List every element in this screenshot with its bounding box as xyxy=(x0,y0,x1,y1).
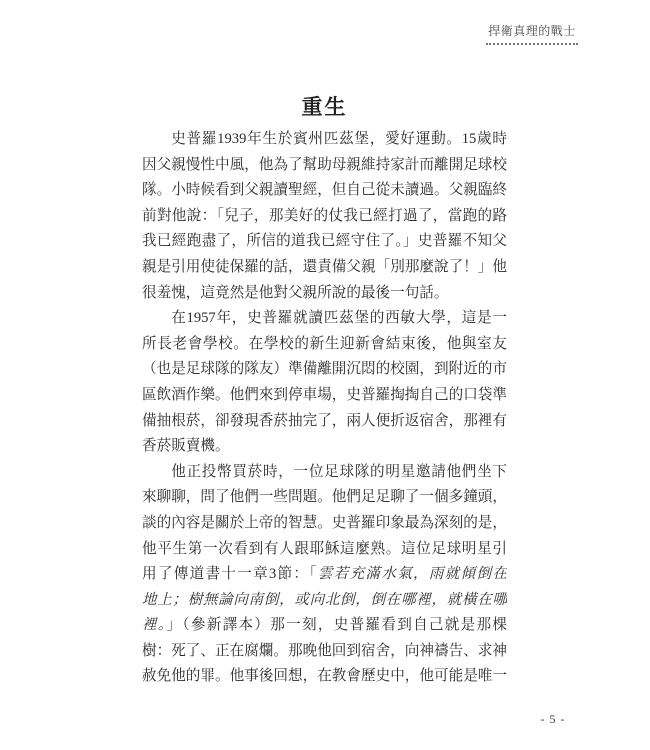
text-line: 親是引用使徒保羅的話，還責備父親「別那麼說了！」他 xyxy=(142,255,507,281)
text-line: 樹：死了、正在腐爛。那晚他回到宿舍，向神禱告、求神 xyxy=(142,639,507,665)
text-segment: 他平生第一次看到有人跟耶穌這麼熟。這位足球明星引 xyxy=(142,541,507,557)
scripture-quote-segment: 地上；樹無論向南倒，或向北倒，倒在哪裡，就橫在哪 xyxy=(142,592,507,608)
text-line: 區飲酒作樂。他們來到停車場，史普羅掏掏自己的口袋準 xyxy=(142,383,507,409)
text-segment: 很羞愧，這竟然是他對父親所說的最後一句話。 xyxy=(142,285,448,301)
text-segment: 我已經跑盡了，所信的道我已經守住了。」史普羅不知父 xyxy=(142,233,507,249)
text-segment: 用了傳道書十一章3節：「 xyxy=(142,566,318,582)
text-line: 用了傳道書十一章3節：「雲若充滿水氣，雨就傾倒在 xyxy=(142,562,507,588)
running-head: 捍衛真理的戰士 xyxy=(486,22,578,45)
text-line: （也是足球隊的隊友）準備離開沉悶的校園，到附近的市 xyxy=(142,357,507,383)
body-text: 史普羅1939年生於賓州匹茲堡，愛好運動。15歲時因父親慢性中風，他為了幫助母親… xyxy=(142,127,507,690)
text-line: 前對他說：「兒子，那美好的仗我已經打過了，當跑的路 xyxy=(142,204,507,230)
text-line: 隊。小時候看到父親讀聖經，但自己從未讀過。父親臨終 xyxy=(142,178,507,204)
text-line: 他平生第一次看到有人跟耶穌這麼熟。這位足球明星引 xyxy=(142,537,507,563)
text-line: 來聊聊，問了他們一些問題。他們足足聊了一個多鐘頭， xyxy=(142,485,507,511)
text-line: 談的內容是關於上帝的智慧。史普羅印象最為深刻的是， xyxy=(142,511,507,537)
text-line: 地上；樹無論向南倒，或向北倒，倒在哪裡，就橫在哪 xyxy=(142,588,507,614)
text-segment: 親是引用使徒保羅的話，還責備父親「別那麼說了！」他 xyxy=(142,259,507,275)
text-segment: 來聊聊，問了他們一些問題。他們足足聊了一個多鐘頭， xyxy=(142,489,507,505)
text-segment: 他正投幣買菸時，一位足球隊的明星邀請他們坐下 xyxy=(171,464,507,480)
text-segment: 樹：死了、正在腐爛。那晚他回到宿舍，向神禱告、求神 xyxy=(142,643,507,659)
text-segment: 史普羅1939年生於賓州匹茲堡，愛好運動。15歲時 xyxy=(171,131,507,147)
text-segment: 赦免他的罪。他事後回想，在教會歷史中，他可能是唯一 xyxy=(142,668,507,684)
text-line: 我已經跑盡了，所信的道我已經守住了。」史普羅不知父 xyxy=(142,229,507,255)
paragraph: 他正投幣買菸時，一位足球隊的明星邀請他們坐下來聊聊，問了他們一些問題。他們足足聊… xyxy=(142,460,507,690)
text-line: 他正投幣買菸時，一位足球隊的明星邀請他們坐下 xyxy=(142,460,507,486)
chapter-title: 重生 xyxy=(142,91,507,121)
paragraph: 在1957年，史普羅就讀匹茲堡的西敏大學，這是一所長老會學校。在學校的新生迎新會… xyxy=(142,306,507,460)
text-segment: 談的內容是關於上帝的智慧。史普羅印象最為深刻的是， xyxy=(142,515,507,531)
text-segment: 因父親慢性中風，他為了幫助母親維持家計而離開足球校 xyxy=(142,157,507,173)
text-segment: （也是足球隊的隊友）準備離開沉悶的校園，到附近的市 xyxy=(142,361,507,377)
text-segment: 隊。小時候看到父親讀聖經，但自己從未讀過。父親臨終 xyxy=(142,182,507,198)
paragraph: 史普羅1939年生於賓州匹茲堡，愛好運動。15歲時因父親慢性中風，他為了幫助母親… xyxy=(142,127,507,306)
text-line: 很羞愧，這竟然是他對父親所說的最後一句話。 xyxy=(142,281,507,307)
text-segment: 區飲酒作樂。他們來到停車場，史普羅掏掏自己的口袋準 xyxy=(142,387,507,403)
text-segment: 所長老會學校。在學校的新生迎新會結束後，他與室友 xyxy=(142,336,507,352)
text-line: 在1957年，史普羅就讀匹茲堡的西敏大學，這是一 xyxy=(142,306,507,332)
text-line: 備抽根菸，卻發現香菸抽完了，兩人便折返宿舍，那裡有 xyxy=(142,409,507,435)
text-line: 史普羅1939年生於賓州匹茲堡，愛好運動。15歲時 xyxy=(142,127,507,153)
text-line: 所長老會學校。在學校的新生迎新會結束後，他與室友 xyxy=(142,332,507,358)
text-line: 因父親慢性中風，他為了幫助母親維持家計而離開足球校 xyxy=(142,153,507,179)
text-segment: 」（參新譯本）那一刻，史普羅看到自己就是那棵 xyxy=(166,617,507,633)
page-number: - 5 - xyxy=(528,712,578,727)
text-line: 香菸販賣機。 xyxy=(142,434,507,460)
book-page: 捍衛真理的戰士 重生 史普羅1939年生於賓州匹茲堡，愛好運動。15歲時因父親慢… xyxy=(0,0,650,750)
scripture-quote-segment: 裡。 xyxy=(142,617,166,633)
text-segment: 香菸販賣機。 xyxy=(142,438,230,454)
text-segment: 備抽根菸，卻發現香菸抽完了，兩人便折返宿舍，那裡有 xyxy=(142,413,507,429)
text-line: 赦免他的罪。他事後回想，在教會歷史中，他可能是唯一 xyxy=(142,664,507,690)
text-segment: 前對他說：「兒子，那美好的仗我已經打過了，當跑的路 xyxy=(142,208,507,224)
text-line: 裡。」（參新譯本）那一刻，史普羅看到自己就是那棵 xyxy=(142,613,507,639)
text-segment: 在1957年，史普羅就讀匹茲堡的西敏大學，這是一 xyxy=(171,310,507,326)
scripture-quote-segment: 雲若充滿水氣，雨就傾倒在 xyxy=(318,566,507,582)
